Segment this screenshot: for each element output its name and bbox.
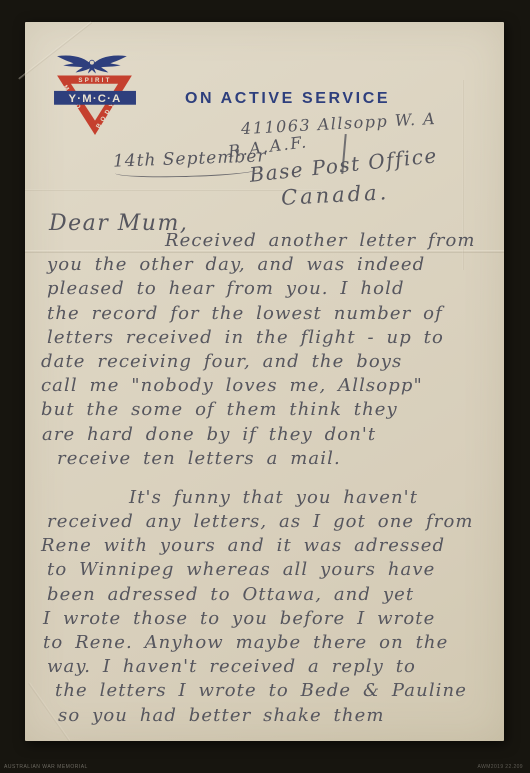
letter-page: MIND BODY SPIRIT Y·M·C·A ON ACTIVE SERVI… (25, 22, 504, 741)
sender-service: R.A.A.F. (227, 132, 309, 161)
letterhead-title: ON ACTIVE SERVICE (185, 90, 425, 108)
letter-line: you the other day, and was indeed (33, 253, 499, 277)
letter-line: letters received in the flight - up to (33, 326, 499, 350)
letter-line: the record for the lowest number of (33, 302, 499, 326)
letter-line: It's funny that you haven't (33, 486, 499, 510)
paragraph-gap (33, 471, 499, 486)
letter-line: to Winnipeg whereas all yours have (33, 558, 499, 582)
letter-line: I wrote those to you before I wrote (33, 607, 499, 631)
letter-line: receive ten letters a mail. (33, 447, 499, 471)
letter-line: are hard done by if they don't (33, 423, 499, 447)
sender-service-number: 411063 Allsopp W. A (241, 109, 437, 138)
fold-crease (25, 189, 322, 191)
letter-line: but the some of them think they (33, 398, 499, 422)
archive-label: AUSTRALIAN WAR MEMORIAL (4, 764, 88, 770)
scan-background: { "scan": { "archive_label": "AUSTRALIAN… (0, 0, 530, 773)
letter-line: pleased to hear from you. I hold (33, 277, 499, 301)
letter-line: Rene with yours and it was adressed (33, 534, 499, 558)
emblem-top-word: SPIRIT (78, 77, 111, 84)
letter-line: way. I haven't received a reply to (33, 655, 499, 679)
ymca-emblem-icon: MIND BODY SPIRIT Y·M·C·A (54, 53, 136, 137)
letter-line: been adressed to Ottawa, and yet (33, 583, 499, 607)
letter-line: Received another letter from (33, 229, 499, 253)
eagle-icon (57, 56, 127, 74)
letter-line: so you had better shake them (33, 704, 499, 728)
emblem-organization: Y·M·C·A (69, 93, 122, 105)
sender-country: Canada. (280, 180, 389, 210)
letter-line: received any letters, as I got one from (33, 510, 499, 534)
letter-line: date receiving four, and the boys (33, 350, 499, 374)
letter-line: the letters I wrote to Bede & Pauline (33, 679, 499, 703)
letter-line: to Rene. Anyhow maybe there on the (33, 631, 499, 655)
letter-line: call me "nobody loves me, Allsopp" (33, 374, 499, 398)
archive-id: AWM2019 22.209 (478, 764, 523, 770)
letter-body: Received another letter from you the oth… (33, 229, 499, 728)
